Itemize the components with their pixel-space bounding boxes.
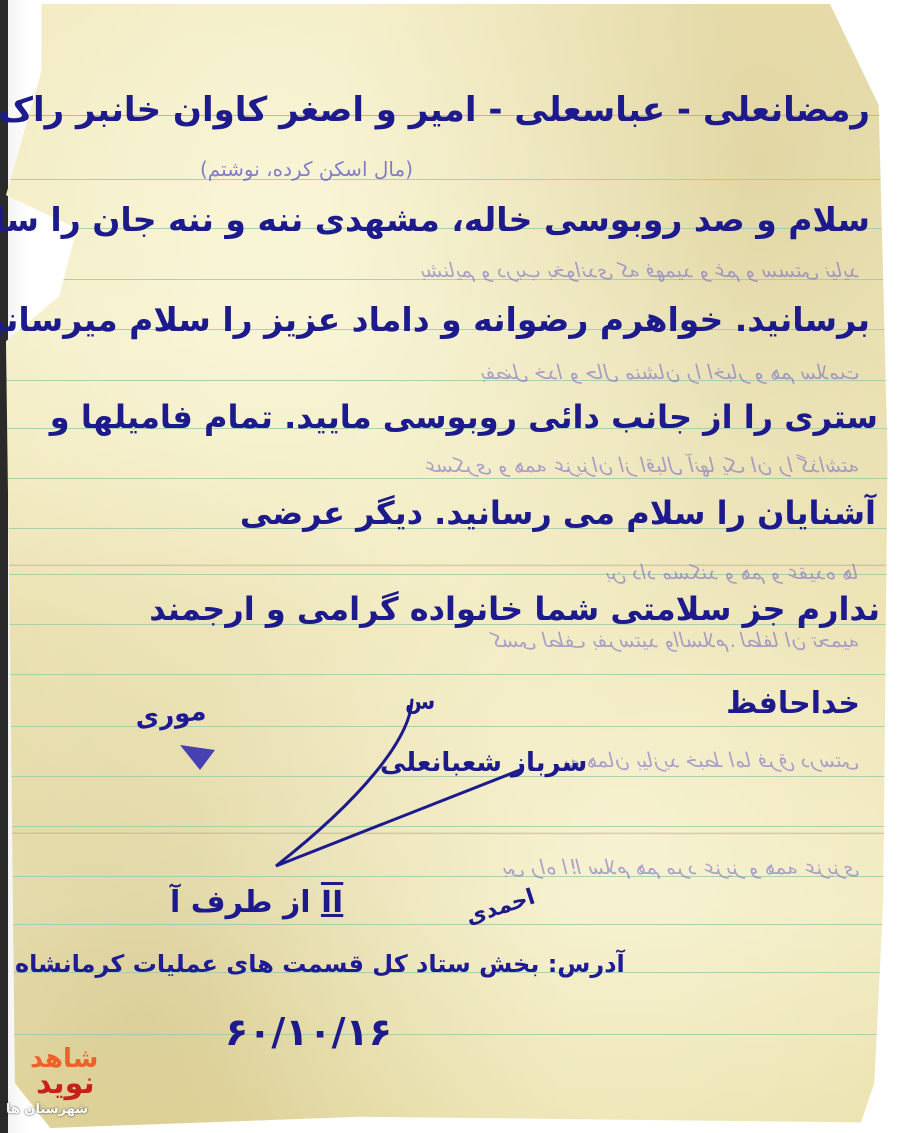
bleed-through-line: بی راه ا!ا سلام هم مرد عزیز و همه عزیزی [503, 855, 860, 879]
ruled-line [6, 826, 892, 827]
watermark-line3: شهرستان ها [6, 1102, 88, 1117]
from-label: II از طرف آ [170, 885, 343, 920]
paper-fold [6, 832, 892, 835]
ruled-line [6, 1034, 892, 1035]
from-marker: II [321, 885, 343, 920]
ruled-line [6, 179, 892, 180]
ruled-line [6, 674, 892, 675]
letter-body-line: برسانید. خواهرم رضوانه و داماد عزیز را س… [0, 300, 870, 339]
watermark-line2: نوید [36, 1066, 95, 1101]
letter-addressee: رمضانعلی - عباسعلی - امیر و اصغر کاوان خ… [0, 90, 870, 130]
sender-address: آدرس: بخش ستاد کل قسمت های عملیات کرمانش… [15, 950, 625, 978]
bleed-through-line: کسی لطف بفرستید والسلام. لطفا ان تحمیه [493, 628, 860, 652]
letter-body-line: ستری را از جانب دائی روبوسی مایید. تمام … [50, 398, 878, 436]
signature-name: سرباز شعبانعلی [380, 748, 587, 778]
ruled-line [6, 924, 892, 925]
from-text: از طرف آ [170, 885, 311, 920]
bleed-through-line: عسکری و همه عزیزان از اقبال آنها یک ان ر… [425, 453, 860, 477]
watermark-logo: شاهد نوید شهرستان ها [6, 1040, 116, 1120]
letter-body-line: آشنایان را سلام می رسانید. دیگر عرضی [240, 494, 876, 532]
bleed-through-line: به همان بیازید خبط اما فرق درستی [565, 748, 860, 772]
letter-subheader: (مال اسکن کرده، نوشتم) [200, 157, 413, 181]
bleed-through-line: بفضل خدا و حال منشان را اخبار و هم سلامت [481, 360, 860, 384]
bleed-through-line: بن داد مسکند و هم و عقیده ها [606, 560, 860, 584]
letter-body-line: سلام و صد روبوسی خاله، مشهدی ننه و ننه ج… [0, 200, 870, 239]
letter-date: ۶۰/۱۰/۱۶ [225, 1010, 392, 1054]
letter-closing: خداحافظ [726, 686, 860, 721]
ruled-line [6, 478, 892, 479]
letter-body-line: ندارم جز سلامتی شما خانواده گرامی و ارجم… [149, 590, 880, 628]
signature-initial: س [405, 690, 435, 715]
bleed-through-line: بشنایم و دریب بخواندی که فهمید و غم و سس… [421, 258, 860, 282]
